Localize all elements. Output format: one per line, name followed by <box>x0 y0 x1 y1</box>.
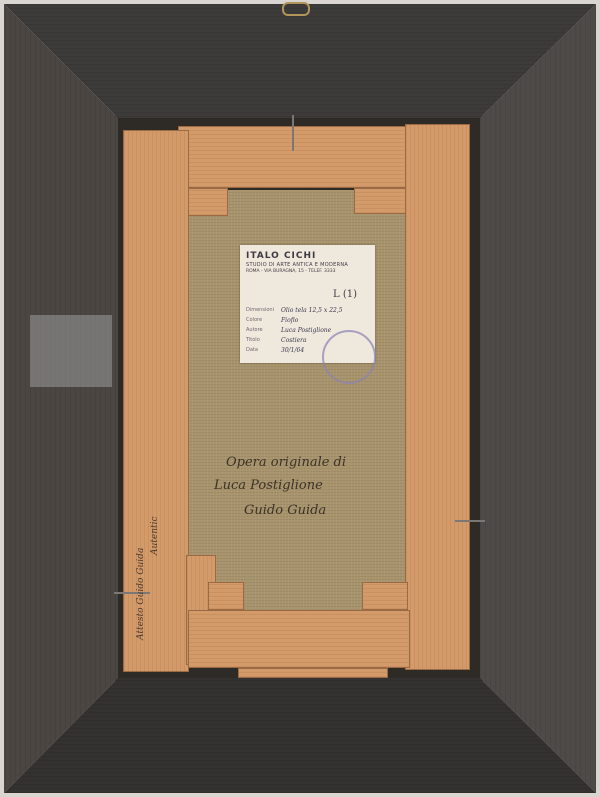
label-field: Titolo <box>246 337 260 343</box>
label-row: ColoreFiofio <box>246 317 371 323</box>
corner-key-bottom-left <box>208 582 244 610</box>
inscription-line-1: Opera originale di <box>226 455 346 470</box>
corner-key-top-right <box>354 188 406 214</box>
label-title: ITALO CICHI <box>246 251 316 261</box>
label-field: Colore <box>246 317 262 323</box>
stretcher-top-bar <box>178 126 418 188</box>
label-field: Autore <box>246 327 263 333</box>
stretcher-bottom-strip <box>238 668 388 678</box>
label-value: Costiera <box>281 337 307 344</box>
label-field: Dimensioni <box>246 307 274 313</box>
label-value: Olio tela 12,5 x 22,5 <box>281 307 343 314</box>
stretcher-left-bar <box>123 130 189 672</box>
inscription-signature: Guido Guida <box>244 503 326 518</box>
nail-top <box>292 115 294 151</box>
side-note-line-1: Attesto Guido Guida <box>136 548 146 640</box>
label-row: DimensioniOlio tela 12,5 x 22,5 <box>246 307 371 313</box>
side-note-line-2: Autentic <box>150 516 160 555</box>
label-value: 30/1/64 <box>281 347 304 354</box>
label-number: L (1) <box>333 289 357 300</box>
label-address: ROMA - VIA BURAGNA, 15 - TELEF. 3333 <box>246 269 335 274</box>
hanging-hook-icon <box>282 2 310 16</box>
painting-back-photo: ITALO CICHI STUDIO DI ARTE ANTICA E MODE… <box>0 0 600 797</box>
label-field: Data <box>246 347 258 353</box>
corner-key-bottom-right <box>362 582 408 610</box>
label-subtitle: STUDIO DI ARTE ANTICA E MODERNA <box>246 262 348 268</box>
label-value: Fiofio <box>281 317 298 324</box>
tape-residue <box>30 315 112 387</box>
inscription-line-2: Luca Postiglione <box>214 478 323 493</box>
nail-right <box>455 520 485 522</box>
stretcher-bottom-bar <box>188 610 410 668</box>
stretcher-right-bar <box>405 124 470 670</box>
label-value: Luca Postiglione <box>281 327 331 334</box>
ink-stamp-icon <box>322 330 376 384</box>
